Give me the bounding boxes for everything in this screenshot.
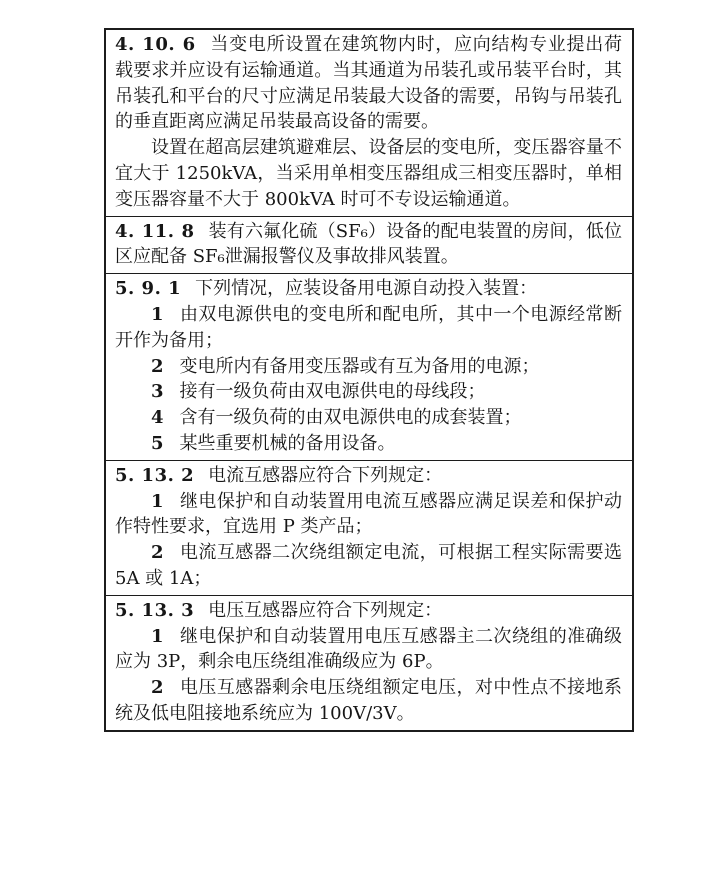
list-item: 1继电保护和自动装置用电压互感器主二次绕组的准确级应为 3P，剩余电压绕组准确级…: [115, 624, 622, 676]
list-item-number: 3: [151, 381, 164, 402]
clause-table: 4. 10. 6当变电所设置在建筑物内时，应向结构专业提出荷载要求并应设有运输通…: [104, 28, 634, 732]
list-item-number: 2: [151, 356, 164, 377]
clause-text: 下列情况，应装设备用电源自动投入装置：: [195, 278, 537, 299]
list-item-text: 含有一级负荷的由双电源供电的成套装置；: [180, 407, 522, 428]
list-item-text: 变电所内有备用变压器或有互为备用的电源；: [180, 356, 540, 377]
list-item-number: 5: [151, 433, 164, 454]
list-item-number: 4: [151, 407, 164, 428]
list-item: 2电流互感器二次绕组额定电流，可根据工程实际需要选 5A 或 1A；: [115, 540, 622, 592]
list-item-text: 某些重要机械的备用设备。: [180, 433, 396, 454]
clause-number: 5. 13. 2: [115, 465, 194, 486]
list-item-text: 继电保护和自动装置用电压互感器主二次绕组的准确级应为 3P，剩余电压绕组准确级应…: [115, 626, 622, 673]
list-item: 2变电所内有备用变压器或有互为备用的电源；: [115, 354, 622, 380]
list-item-number: 2: [151, 677, 164, 698]
list-item-text: 由双电源供电的变电所和配电所，其中一个电源经常断开作为备用；: [115, 304, 622, 351]
document-page: 4. 10. 6当变电所设置在建筑物内时，应向结构专业提出荷载要求并应设有运输通…: [0, 0, 707, 874]
clause-section-4-10-6: 4. 10. 6当变电所设置在建筑物内时，应向结构专业提出荷载要求并应设有运输通…: [106, 30, 632, 216]
clause-number: 5. 9. 1: [115, 278, 181, 299]
clause-text: 设置在超高层建筑避难层、设备层的变电所，变压器容量不宜大于 1250kVA，当采…: [115, 137, 622, 210]
clause-paragraph: 4. 10. 6当变电所设置在建筑物内时，应向结构专业提出荷载要求并应设有运输通…: [115, 32, 622, 135]
clause-section-5-9-1: 5. 9. 1下列情况，应装设备用电源自动投入装置： 1由双电源供电的变电所和配…: [106, 273, 632, 460]
list-item: 5某些重要机械的备用设备。: [115, 431, 622, 457]
list-item: 2电压互感器剩余电压绕组额定电压，对中性点不接地系统及低电阻接地系统应为 100…: [115, 675, 622, 727]
list-item-text: 接有一级负荷由双电源供电的母线段；: [180, 381, 486, 402]
clause-number: 4. 11. 8: [115, 221, 194, 242]
paragraph-continuation: 设置在超高层建筑避难层、设备层的变电所，变压器容量不宜大于 1250kVA，当采…: [115, 135, 622, 212]
clause-paragraph: 5. 13. 3电压互感器应符合下列规定：: [115, 598, 622, 624]
list-item-text: 继电保护和自动装置用电流互感器应满足误差和保护动作特性要求，宜选用 P 类产品；: [115, 491, 622, 538]
list-item-number: 2: [151, 542, 164, 563]
clause-paragraph: 5. 9. 1下列情况，应装设备用电源自动投入装置：: [115, 276, 622, 302]
clause-number: 4. 10. 6: [115, 34, 196, 55]
list-item: 1继电保护和自动装置用电流互感器应满足误差和保护动作特性要求，宜选用 P 类产品…: [115, 489, 622, 541]
clause-paragraph: 4. 11. 8装有六氟化硫（SF₆）设备的配电装置的房间，低位区应配备 SF₆…: [115, 219, 622, 271]
list-item: 3接有一级负荷由双电源供电的母线段；: [115, 379, 622, 405]
list-item-number: 1: [151, 304, 164, 325]
clause-paragraph: 5. 13. 2电流互感器应符合下列规定：: [115, 463, 622, 489]
clause-section-4-11-8: 4. 11. 8装有六氟化硫（SF₆）设备的配电装置的房间，低位区应配备 SF₆…: [106, 216, 632, 274]
list-item-text: 电压互感器剩余电压绕组额定电压，对中性点不接地系统及低电阻接地系统应为 100V…: [115, 677, 622, 724]
list-item-number: 1: [151, 491, 164, 512]
list-item: 1由双电源供电的变电所和配电所，其中一个电源经常断开作为备用；: [115, 302, 622, 354]
list-item: 4含有一级负荷的由双电源供电的成套装置；: [115, 405, 622, 431]
clause-section-5-13-2: 5. 13. 2电流互感器应符合下列规定： 1继电保护和自动装置用电流互感器应满…: [106, 460, 632, 595]
clause-text: 电流互感器应符合下列规定：: [208, 465, 442, 486]
list-item-number: 1: [151, 626, 164, 647]
clause-number: 5. 13. 3: [115, 600, 194, 621]
list-item-text: 电流互感器二次绕组额定电流，可根据工程实际需要选 5A 或 1A；: [115, 542, 622, 589]
clause-section-5-13-3: 5. 13. 3电压互感器应符合下列规定： 1继电保护和自动装置用电压互感器主二…: [106, 595, 632, 730]
clause-text: 电压互感器应符合下列规定：: [208, 600, 442, 621]
